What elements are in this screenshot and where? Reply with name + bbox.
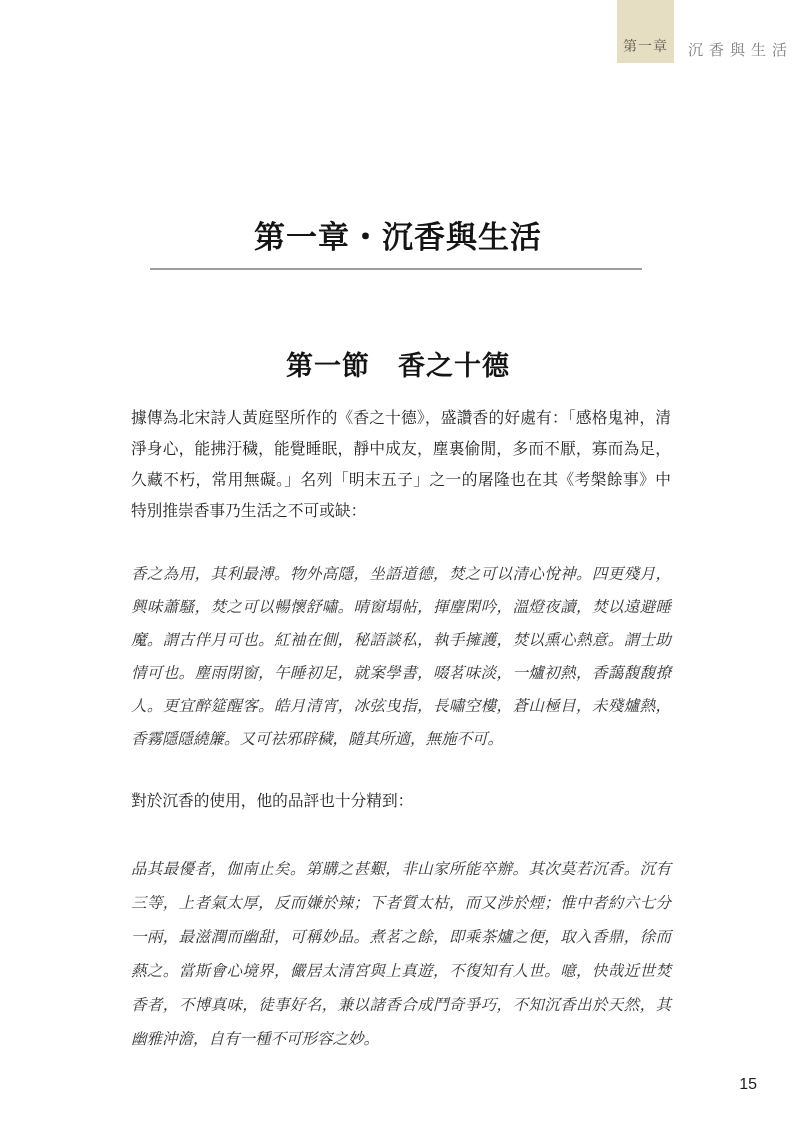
paragraph-lead: 對於沉香的使用，他的品評也十分精到：: [131, 786, 671, 817]
book-page: 第一章 沉香與生活 第一章・沉香與生活 第一節 香之十德 據傳為北宋詩人黃庭堅所…: [0, 0, 796, 1148]
section-heading: 第一節 香之十德: [0, 344, 796, 383]
chapter-heading: 第一章・沉香與生活: [0, 212, 796, 257]
running-header-chapter-block: 第一章: [617, 0, 674, 63]
chapter-heading-rule: [150, 268, 642, 270]
running-header-section-title: 沉香與生活: [688, 39, 793, 60]
paragraph-intro: 據傳為北宋詩人黃庭堅所作的《香之十德》，盛讚香的好處有：「感格鬼神，清淨身心，能…: [131, 403, 671, 527]
blockquote-agarwood-grades: 品其最優者，伽南止矣。第購之甚艱，非山家所能卒辦。其次莫若沉香。沉有三等，上者氣…: [131, 853, 671, 1057]
blockquote-incense-uses: 香之為用，其利最溥。物外高隱，坐語道德，焚之可以清心悅神。四更殘月，興味蕭騷，焚…: [131, 558, 671, 756]
running-header-chapter-label: 第一章: [623, 36, 668, 63]
page-number: 15: [739, 1076, 757, 1094]
